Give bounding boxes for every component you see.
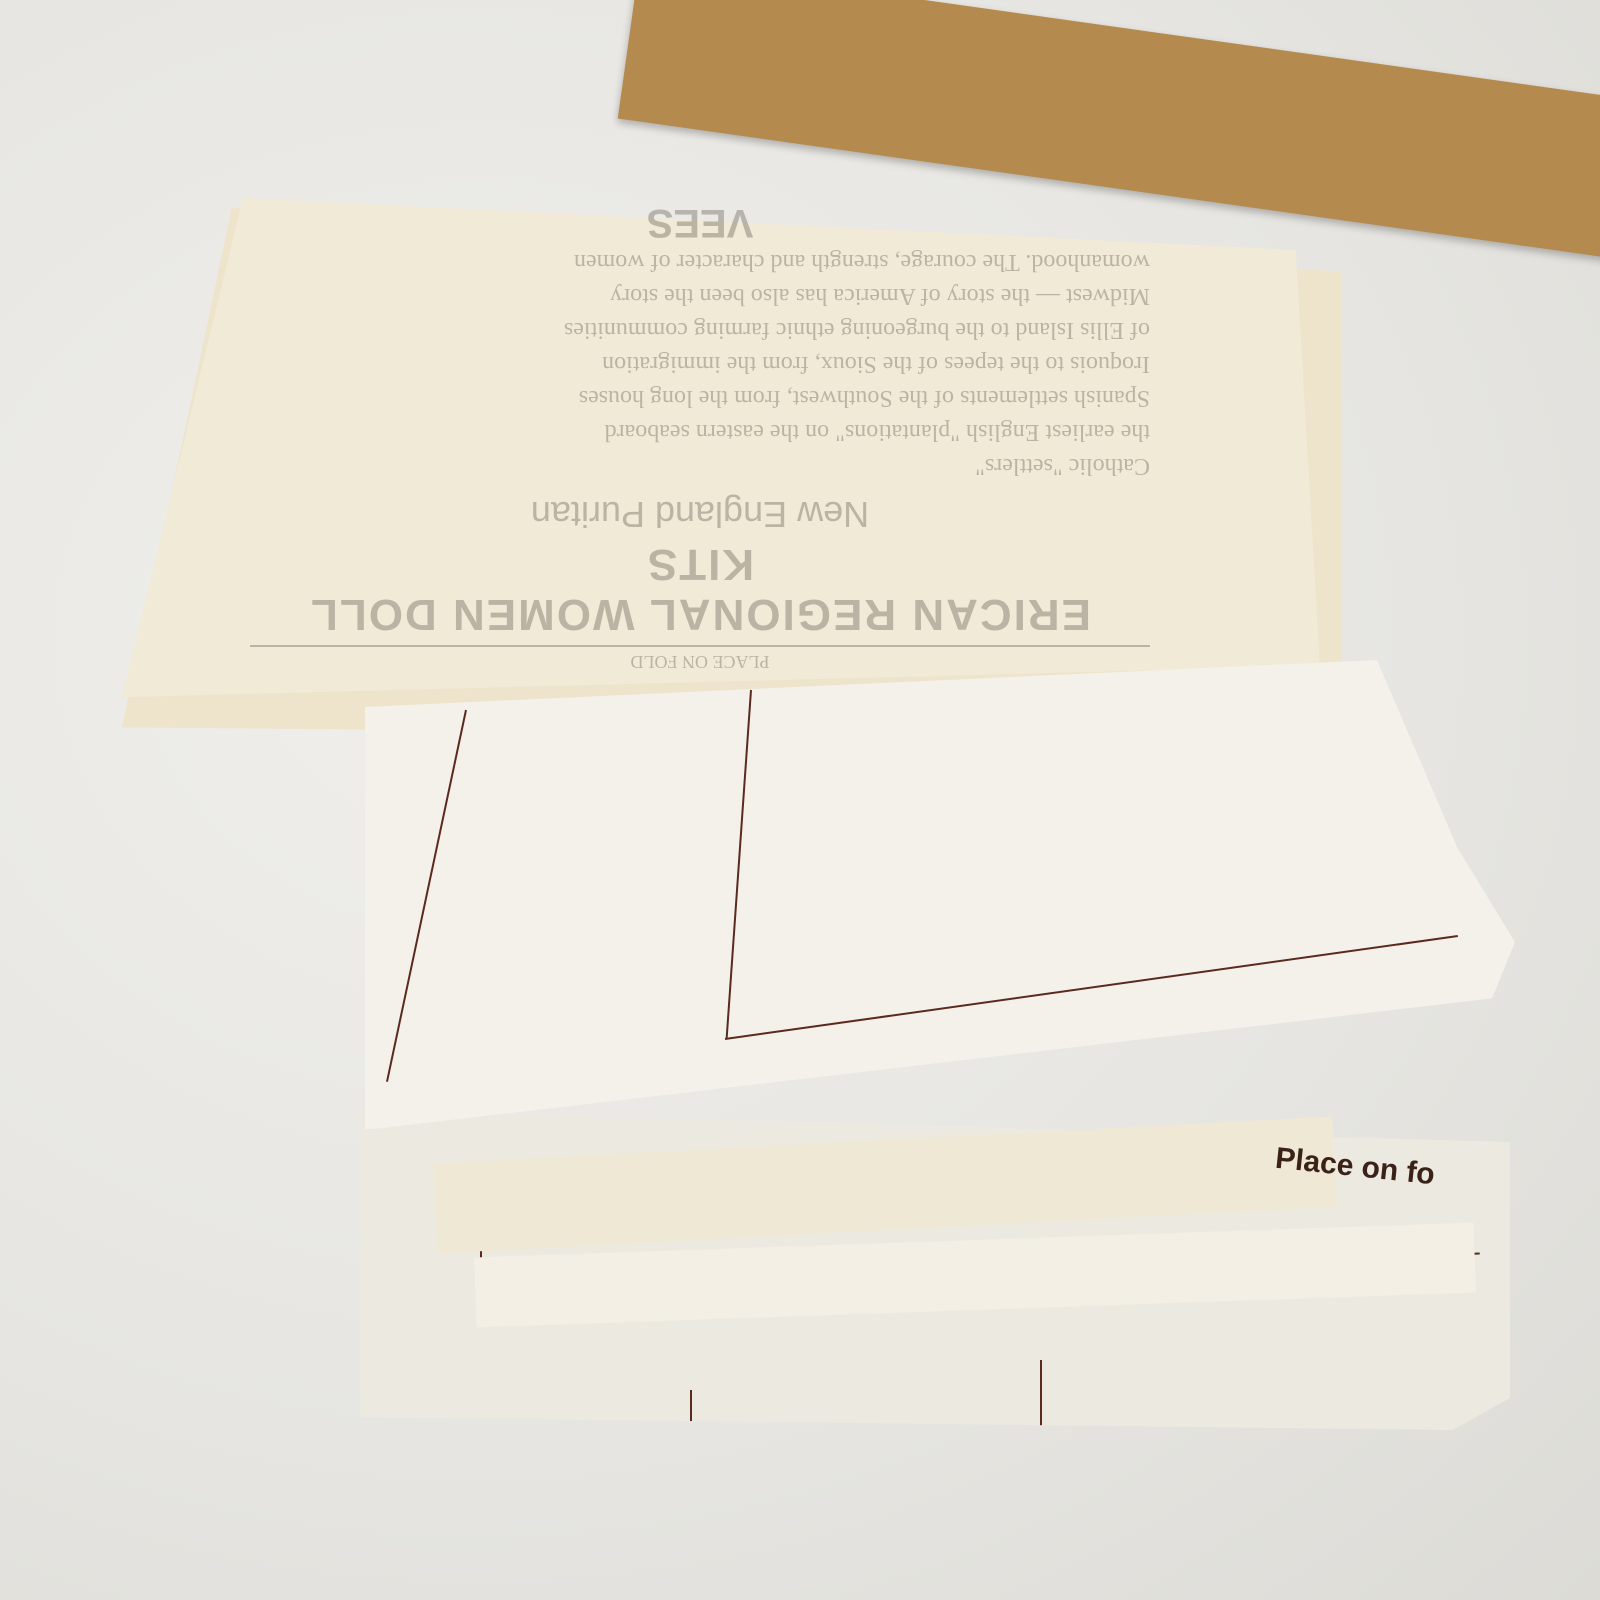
- body-line: Catholic "settlers": [250, 449, 1150, 483]
- folded-pattern-sheet: Place on fo: [345, 660, 1525, 1460]
- body-line: of Ellis Island to the burgeoning ethnic…: [250, 313, 1150, 347]
- pattern-top-fold: [365, 660, 1515, 1130]
- envelope-code: VEES: [250, 200, 1150, 245]
- body-line: Midwest — the story of America has also …: [250, 279, 1150, 313]
- body-line: womanhood. The courage, strength and cha…: [250, 245, 1150, 279]
- body-line: the earliest English "plantations" on th…: [250, 415, 1150, 449]
- pattern-line: [725, 935, 1458, 1040]
- pattern-line: [386, 710, 467, 1082]
- pattern-line: [1040, 1360, 1042, 1430]
- envelope-body: Catholic "settlers" the earliest English…: [250, 245, 1150, 483]
- body-line: Spanish settlements of the Southwest, fr…: [250, 381, 1150, 415]
- envelope-subtitle: New England Puritan: [250, 493, 1150, 535]
- pattern-line: [690, 1390, 692, 1430]
- body-line: Iroquois to the tepees of the Sioux, fro…: [250, 347, 1150, 381]
- pattern-line: [726, 690, 752, 1039]
- envelope-title: ERICAN REGIONAL WOMEN DOLL KITS: [250, 539, 1150, 639]
- mirrored-envelope-text: PLACE ON FOLD ERICAN REGIONAL WOMEN DOLL…: [250, 200, 1150, 672]
